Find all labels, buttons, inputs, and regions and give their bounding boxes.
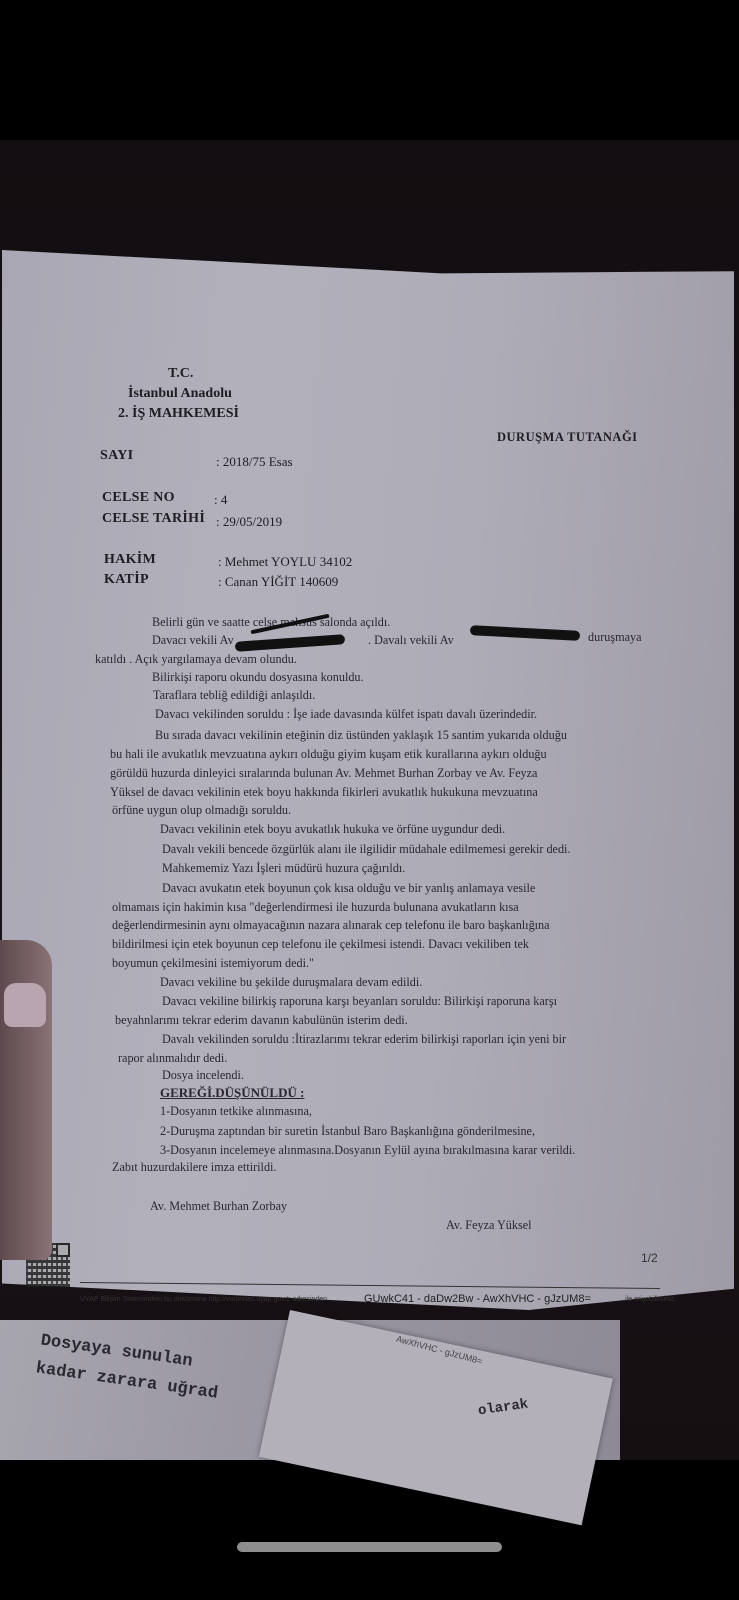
celse-no-value: : 4 bbox=[214, 492, 227, 508]
body-line: Davacı vekilinden soruldu : İşe iade dav… bbox=[155, 707, 537, 722]
body-line: bildirilmesi için etek boyunun cep telef… bbox=[112, 937, 529, 952]
celse-no-label: CELSE NO bbox=[102, 490, 175, 506]
katip-label: KATİP bbox=[104, 572, 149, 588]
body-line: Yüksel de davacı vekilinin etek boyu hak… bbox=[110, 785, 538, 800]
sayi-value: : 2018/75 Esas bbox=[216, 454, 293, 470]
home-indicator[interactable] bbox=[237, 1542, 502, 1552]
body-line: beyahnlarımı tekrar ederim davanın kabul… bbox=[115, 1013, 408, 1028]
body-line: değerlendirmesinin aynı olmayacağının na… bbox=[112, 918, 550, 933]
hakim-value: : Mehmet YOYLU 34102 bbox=[218, 554, 352, 570]
body-line: Bilirkişi raporu okundu dosyasına konuld… bbox=[152, 670, 364, 685]
body-line: Davacı vekiline bilirkiş raporuna karşı … bbox=[162, 994, 557, 1009]
hakim-label: HAKİM bbox=[104, 552, 156, 568]
signature-left: Av. Mehmet Burhan Zorbay bbox=[150, 1199, 287, 1214]
decision-item: 1-Dosyanın tetkike alınmasına, bbox=[160, 1104, 312, 1119]
body-line: Mahkememiz Yazı İşleri müdürü huzura çağ… bbox=[162, 861, 405, 876]
body-line: Bu sırada davacı vekilinin eteğinin diz … bbox=[155, 728, 567, 743]
body-line: görüldü huzurda dinleyici sıralarında bu… bbox=[110, 766, 537, 781]
signature-right: Av. Feyza Yüksel bbox=[446, 1218, 532, 1233]
body-line: olmamaıs için hakimin kısa "değerlendirm… bbox=[112, 900, 519, 915]
celse-tarihi-value: : 29/05/2019 bbox=[216, 514, 282, 530]
page-number: 1/2 bbox=[641, 1251, 658, 1265]
photo-scene: Dosyaya sunulan kadar zarara uğrad AwXhV… bbox=[0, 0, 739, 1600]
sayi-label: SAYI bbox=[100, 448, 133, 464]
footer-verification-text: UYAP Bilişim Sistemindeki bu dokümana ht… bbox=[80, 1296, 327, 1303]
body-line: Dosya incelendi. bbox=[162, 1068, 244, 1083]
header-court-name: 2. İŞ MAHKEMESİ bbox=[118, 406, 239, 422]
header-court-city: İstanbul Anadolu bbox=[128, 386, 232, 402]
body-line: Davacı vekiline bu şekilde duruşmalara d… bbox=[160, 975, 422, 990]
body-line: Davalı vekilinden soruldu :İtirazlarımı … bbox=[162, 1032, 566, 1047]
body-line: Taraflara tebliğ edildiği anlaşıldı. bbox=[153, 688, 315, 703]
katip-value: : Canan YİĞİT 140609 bbox=[218, 574, 338, 590]
body-line: Zabıt huzurdakilere imza ettirildi. bbox=[112, 1160, 276, 1175]
decision-item: 3-Dosyanın incelemeye alınmasına.Dosyanı… bbox=[160, 1143, 575, 1158]
footer-suffix: ile erişebilirsiniz. bbox=[625, 1296, 676, 1303]
body-line: rapor alınmalıdır dedi. bbox=[118, 1051, 227, 1066]
footer-verification-code: GUwkC41 - daDw2Bw - AwXhVHC - gJzUM8= bbox=[364, 1293, 591, 1305]
body-line: boyumun çekilmesini istemiyorum dedi." bbox=[112, 956, 314, 971]
body-line: katıldı . Açık yargılamaya devam olundu. bbox=[95, 652, 297, 667]
thumbnail bbox=[4, 983, 46, 1027]
body-line: Davacı avukatın etek boyunun çok kısa ol… bbox=[162, 881, 535, 896]
celse-tarihi-label: CELSE TARİHİ bbox=[102, 511, 205, 527]
decision-heading: GEREĞİ.DÜŞÜNÜLDÜ : bbox=[160, 1085, 304, 1101]
document-title: DURUŞMA TUTANAĞI bbox=[497, 430, 638, 445]
decision-item: 2-Duruşma zaptından bir suretin İstanbul… bbox=[160, 1124, 535, 1139]
body-line: bu hali ile avukatlık mevzuatına aykırı … bbox=[110, 747, 547, 762]
header-tc: T.C. bbox=[168, 366, 193, 382]
body-line: Davalı vekili bencede özgürlük alanı ile… bbox=[162, 842, 570, 857]
body-line: Davacı vekili Av bbox=[152, 633, 234, 648]
body-line: . Davalı vekili Av bbox=[368, 633, 454, 648]
body-line: duruşmaya bbox=[588, 630, 641, 645]
body-line: Davacı vekilinin etek boyu avukatlık huk… bbox=[160, 822, 505, 837]
body-line: örfüne uygun olup olmadığı soruldu. bbox=[112, 803, 291, 818]
